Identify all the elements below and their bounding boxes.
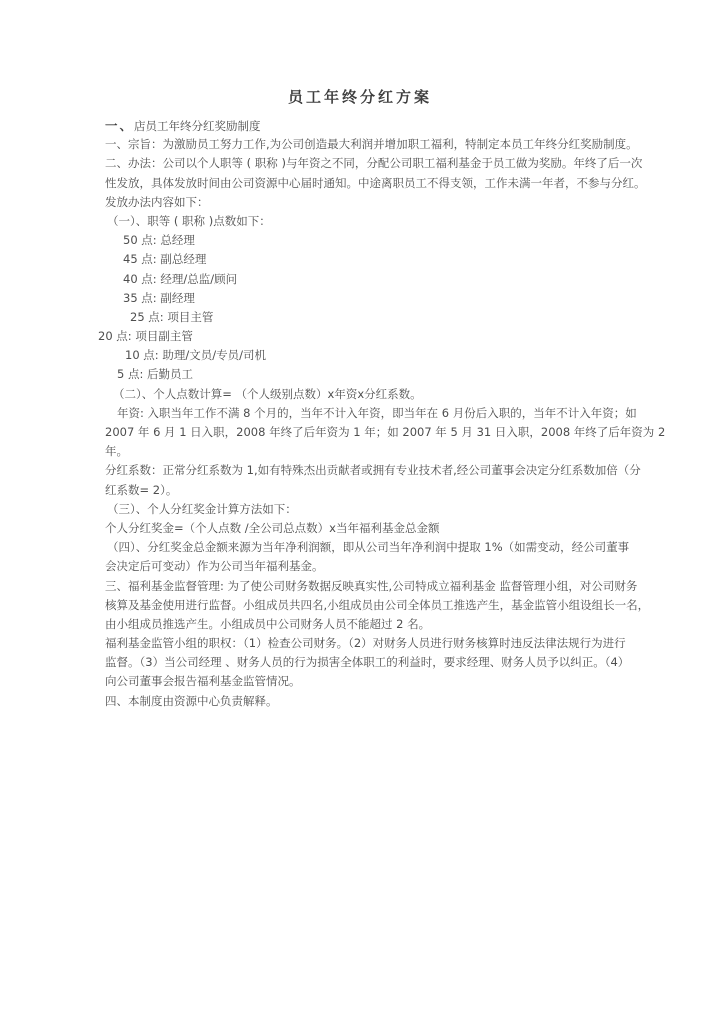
doc-line: 红系数= 2）。 [105, 481, 635, 500]
doc-line: 个人分红奖金=（个人点数 /全公司总点数）x当年福利基金总金额 [105, 519, 635, 538]
doc-line: 四、本制度由资源中心负责解释。 [105, 692, 635, 711]
doc-line: 25 点: 项目主管 [130, 308, 635, 327]
document-page: 员工年终分红方案 一、店员工年终分红奖励制度一、宗旨：为激励员工努力工作,为公司… [0, 0, 720, 1017]
doc-line: 向公司董事会报告福利基金监管情况。 [105, 672, 635, 691]
doc-line: 核算及基金使用进行监督。小组成员共四名,小组成员由公司全体员工推选产生，基金监管… [105, 596, 635, 615]
doc-line: （四）、分红奖金总金额来源为当年净利润额，即从公司当年净利润中提取 1%（如需变… [107, 538, 635, 557]
doc-line: 会决定后可变动）作为公司当年福利基金。 [105, 557, 635, 576]
doc-line: 二、办法：公司以个人职等 ( 职称 )与年资之不同，分配公司职工福利基金于员工做… [105, 154, 635, 173]
doc-line: 2007 年 6 月 1 日入职，2008 年终了后年资为 1 年；如 2007… [105, 423, 635, 442]
doc-line: 三、福利基金监督管理: 为了使公司财务数据反映真实性,公司特成立福利基金 监督管… [105, 577, 635, 596]
doc-line: 35 点: 副经理 [123, 289, 635, 308]
doc-line: 45 点: 副总经理 [123, 250, 635, 269]
doc-line: （三）、个人分红奖金计算方法如下： [107, 500, 635, 519]
doc-line: 5 点: 后勤员工 [117, 365, 635, 384]
doc-heading-line: 一、店员工年终分红奖励制度 [105, 116, 635, 135]
doc-line: 分红系数：正常分红系数为 1,如有特殊杰出贡献者或拥有专业技术者,经公司董事会决… [105, 461, 635, 480]
document-title: 员工年终分红方案 [0, 86, 720, 107]
doc-line: 性发放，具体发放时间由公司资源中心届时通知。中途离职员工不得支领，工作未满一年者… [105, 174, 635, 193]
heading-number: 一、 [105, 118, 134, 133]
doc-line: 监督。（3）当公司经理 、财务人员的行为损害全体职工的利益时，要求经理、财务人员… [105, 653, 635, 672]
doc-line: 50 点: 总经理 [123, 231, 635, 250]
doc-line: 10 点: 助理/文员/专员/司机 [125, 346, 635, 365]
doc-line: 福利基金监管小组的职权：（1）检查公司财务。（2）对财务人员进行财务核算时违反法… [105, 634, 635, 653]
doc-line: 20 点: 项目副主管 [98, 327, 635, 346]
doc-line: （二）、个人点数计算= （个人级别点数）x年资x分红系数。 [113, 385, 635, 404]
doc-line: 年。 [105, 442, 635, 461]
document-lines: 一、店员工年终分红奖励制度一、宗旨：为激励员工努力工作,为公司创造最大利润并增加… [105, 116, 635, 711]
doc-line: 发放办法内容如下： [105, 193, 635, 212]
doc-line: 由小组成员推选产生。小组成员中公司财务人员不能超过 2 名。 [105, 615, 635, 634]
doc-line: （一）、职等 ( 职称 )点数如下： [107, 212, 635, 231]
doc-line: 一、宗旨：为激励员工努力工作,为公司创造最大利润并增加职工福利，特制定本员工年终… [105, 135, 635, 154]
doc-line: 年资: 入职当年工作不满 8 个月的，当年不计入年资，即当年在 6 月份后入职的… [117, 404, 635, 423]
doc-line: 40 点: 经理/总监/顾问 [123, 270, 635, 289]
